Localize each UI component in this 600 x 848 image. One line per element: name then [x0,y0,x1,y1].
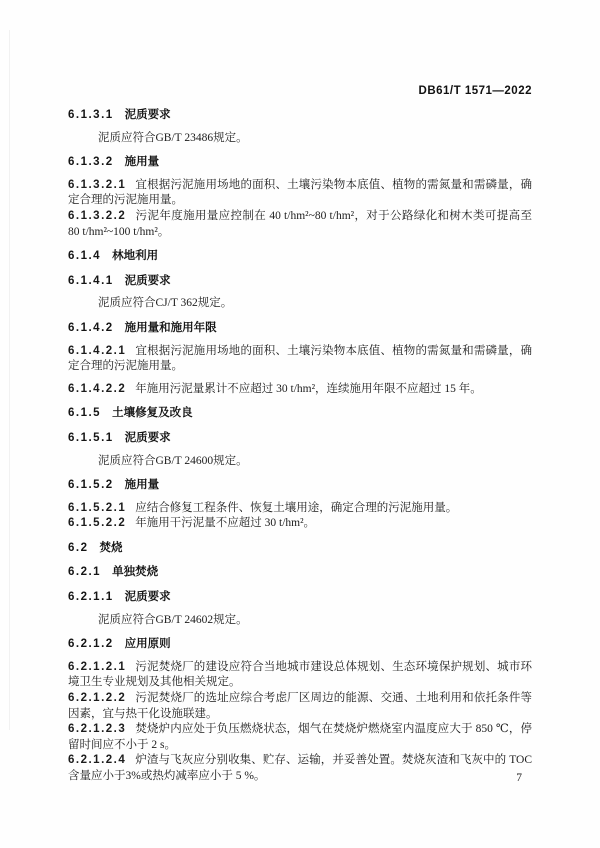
clause-number: 6.1.4 [68,250,101,262]
page-number: 7 [516,771,522,786]
clause-heading-6142: 6.1.4.2施用量和施用年限 [68,321,532,337]
clause-number: 6.1.5.2.1 [68,502,126,514]
clause-paragraph-61421: 6.1.4.2.1宜根据污泥施用场地的面积、土壤污染物本底值、植物的需氮量和需磷… [68,344,532,375]
clause-number: 6.2.1 [68,566,101,578]
paragraph: 泥质应符合CJ/T 362规定。 [68,296,532,312]
clause-title: 泥质要求 [125,109,171,121]
clause-number: 6.2.1.1 [68,591,114,603]
clause-heading-621: 6.2.1单独焚烧 [68,565,532,581]
clause-title: 泥质要求 [125,275,171,287]
clause-paragraph-61322: 6.1.3.2.2污泥年度施用量应控制在 40 t/hm²~80 t/hm²，对… [68,209,532,240]
clause-text: 宜根据污泥施用场地的面积、土壤污染物本底值、植物的需氮量和需磷量，确定合理的污泥… [68,345,532,373]
clause-text: 年施用污泥量累计不应超过 30 t/hm²，连续施用年限不应超过 15 年。 [135,383,482,395]
clause-heading-6151: 6.1.5.1泥质要求 [68,431,532,447]
clause-title: 泥质要求 [125,591,171,603]
paragraph: 泥质应符合GB/T 24600规定。 [68,454,532,470]
clause-number: 6.1.5.1 [68,432,114,444]
clause-number: 6.1.4.1 [68,275,114,287]
clause-paragraph-61522: 6.1.5.2.2年施用干污泥量不应超过 30 t/hm²。 [68,516,532,532]
page-content: DB61/T 1571—2022 6.1.3.1泥质要求 泥质应符合GB/T 2… [68,84,532,785]
clause-title: 焚烧 [100,542,123,554]
clause-paragraph-61321: 6.1.3.2.1宜根据污泥施用场地的面积、土壤污染物本底值、植物的需氮量和需磷… [68,178,532,209]
clause-title: 泥质要求 [125,432,171,444]
clause-title: 施用量 [125,479,160,491]
clause-heading-6211: 6.2.1.1泥质要求 [68,590,532,606]
clause-number: 6.1.5 [68,407,101,419]
clause-number: 6.2.1.2 [68,638,114,650]
clause-number: 6.1.4.2 [68,322,114,334]
clause-text: 焚烧炉内应处于负压燃烧状态，烟气在焚烧炉燃烧室内温度应大于 850 ℃，停留时间… [68,723,532,751]
clause-number: 6.1.3.2.1 [68,179,126,191]
clause-number: 6.2.1.2.3 [68,723,126,735]
clause-heading-6212: 6.2.1.2应用原则 [68,637,532,653]
clause-number: 6.2.1.2.2 [68,692,126,704]
clause-title: 土壤修复及改良 [112,407,193,419]
clause-number: 6.1.4.2.1 [68,345,126,357]
paragraph: 泥质应符合GB/T 24602规定。 [68,613,532,629]
clause-heading-6132: 6.1.3.2施用量 [68,155,532,171]
clause-number: 6.1.3.2.2 [68,210,126,222]
clause-heading-614: 6.1.4林地利用 [68,249,532,265]
clause-text: 炉渣与飞灰应分别收集、贮存、运输，并妥善处置。焚烧灰渣和飞灰中的 TOC 含量应… [68,754,532,782]
clause-heading-6141: 6.1.4.1泥质要求 [68,274,532,290]
clause-title: 单独焚烧 [112,566,158,578]
clause-title: 施用量和施用年限 [125,322,217,334]
clause-title: 应用原则 [125,638,171,650]
clause-text: 污泥年度施用量应控制在 40 t/hm²~80 t/hm²，对于公路绿化和树木类… [68,210,532,238]
clause-title: 施用量 [125,156,160,168]
clause-heading-62: 6.2焚烧 [68,541,532,557]
clause-text: 应结合修复工程条件、恢复土壤用途，确定合理的污泥施用量。 [135,502,457,514]
clause-number: 6.1.5.2 [68,479,114,491]
document-page: DB61/T 1571—2022 6.1.3.1泥质要求 泥质应符合GB/T 2… [0,0,600,848]
clause-title: 林地利用 [112,250,158,262]
clause-text: 宜根据污泥施用场地的面积、土壤污染物本底值、植物的需氮量和需磷量，确定合理的污泥… [68,179,532,207]
standard-code-header: DB61/T 1571—2022 [68,84,532,99]
clause-heading-615: 6.1.5土壤修复及改良 [68,406,532,422]
clause-number: 6.1.3.2 [68,156,114,168]
clause-text: 年施用干污泥量不应超过 30 t/hm²。 [135,517,315,529]
clause-heading-6152: 6.1.5.2施用量 [68,478,532,494]
clause-paragraph-62122: 6.2.1.2.2污泥焚烧厂的选址应综合考虑厂区周边的能源、交通、土地利用和依托… [68,691,532,722]
clause-number: 6.2 [68,542,89,554]
clause-number: 6.1.5.2.2 [68,517,126,529]
clause-number: 6.2.1.2.4 [68,754,126,766]
clause-paragraph-62123: 6.2.1.2.3焚烧炉内应处于负压燃烧状态，烟气在焚烧炉燃烧室内温度应大于 8… [68,722,532,753]
clause-text: 污泥焚烧厂的建设应符合当地城市建设总体规划、生态环境保护规划、城市环境卫生专业规… [68,661,532,689]
clause-number: 6.1.4.2.2 [68,383,126,395]
clause-number: 6.2.1.2.1 [68,661,126,673]
clause-heading-6131: 6.1.3.1泥质要求 [68,108,532,124]
clause-paragraph-61422: 6.1.4.2.2年施用污泥量累计不应超过 30 t/hm²，连续施用年限不应超… [68,382,532,398]
clause-number: 6.1.3.1 [68,109,114,121]
clause-text: 污泥焚烧厂的选址应综合考虑厂区周边的能源、交通、土地利用和依托条件等因素，宜与热… [68,692,532,720]
clause-paragraph-61521: 6.1.5.2.1应结合修复工程条件、恢复土壤用途，确定合理的污泥施用量。 [68,501,532,517]
clause-paragraph-62124: 6.2.1.2.4炉渣与飞灰应分别收集、贮存、运输，并妥善处置。焚烧灰渣和飞灰中… [68,753,532,784]
paragraph: 泥质应符合GB/T 23486规定。 [68,131,532,147]
clause-paragraph-62121: 6.2.1.2.1污泥焚烧厂的建设应符合当地城市建设总体规划、生态环境保护规划、… [68,660,532,691]
